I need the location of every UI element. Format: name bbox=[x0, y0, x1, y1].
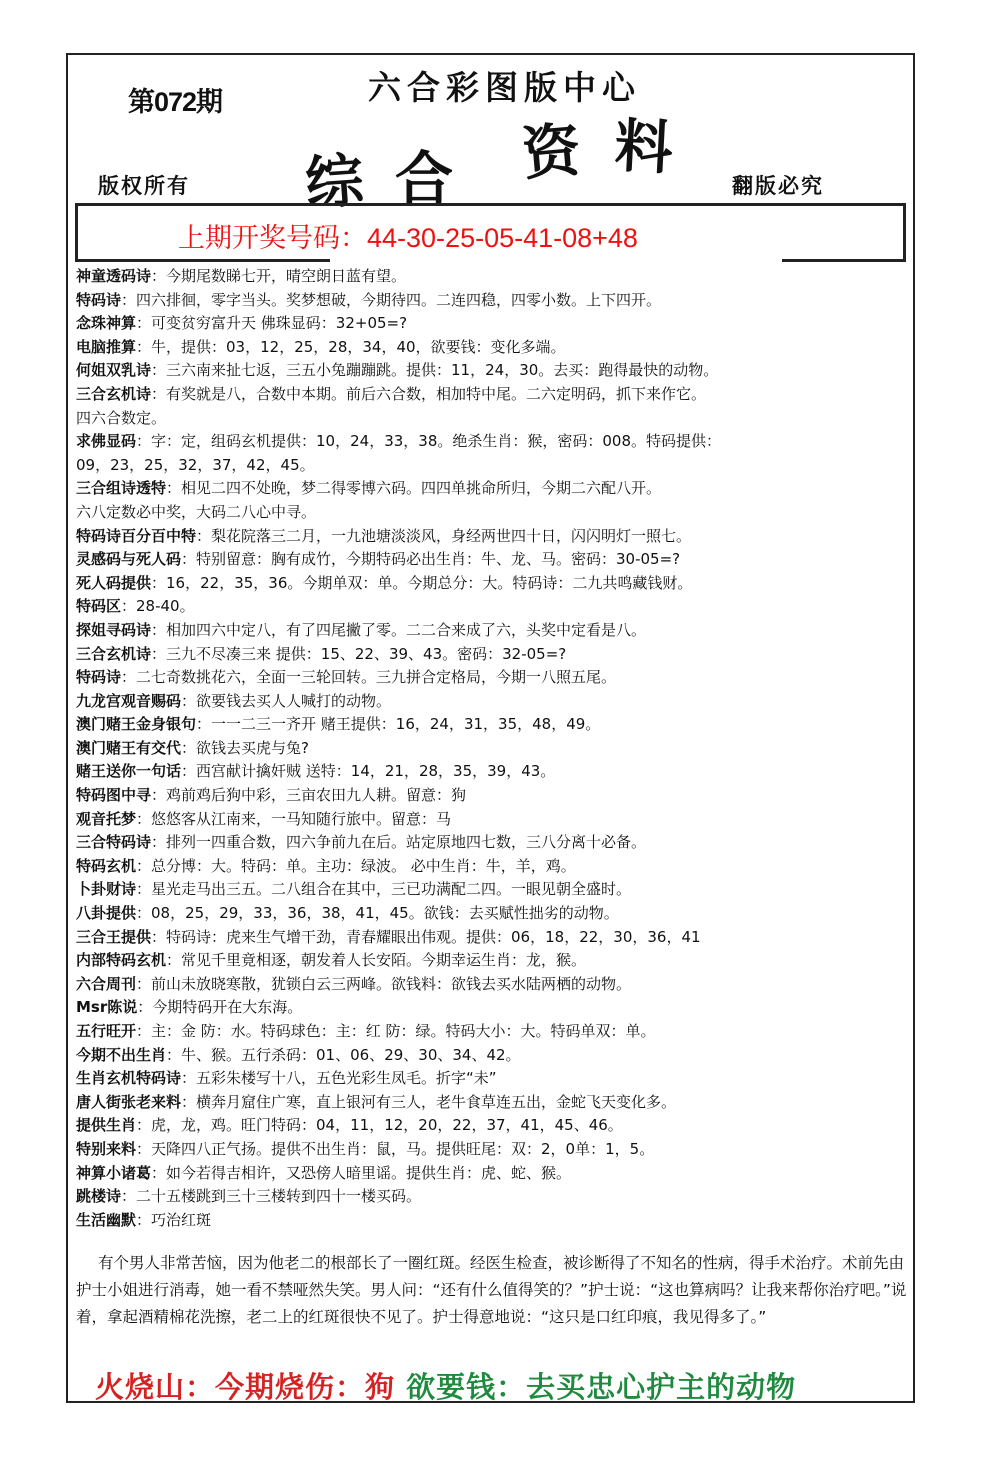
tip-line: 特码区：28-40。 bbox=[76, 595, 911, 619]
tip-text: ：牛，提供：03，12，25，28，34，40，欲要钱：变化多端。 bbox=[136, 338, 566, 356]
tip-line: 三合王提供：特码诗：虎来生气增干劲，青春耀眼出伟观。提供：06，18，22，30… bbox=[76, 926, 911, 950]
tip-label: 澳门赌王金身银句 bbox=[76, 715, 196, 733]
big-title-char-3: 资 bbox=[518, 103, 583, 192]
tip-text: ：巧治红斑 bbox=[136, 1211, 211, 1229]
tip-text: ：今期特码开在大东海。 bbox=[137, 998, 302, 1016]
tip-text: ：前山未放晓寒散，犹锁白云三两峰。欲钱料：欲钱去买水陆两栖的动物。 bbox=[136, 975, 631, 993]
tip-label: 何姐双乳诗 bbox=[76, 361, 151, 379]
tip-label: 特码玄机 bbox=[76, 857, 136, 875]
tip-label: 生肖玄机特码诗 bbox=[76, 1069, 181, 1087]
tip-line: 赌王送你一句话：西宫献计擒奸贼 送特：14，21，28，35，39，43。 bbox=[76, 760, 911, 784]
tip-label: 特别来料 bbox=[76, 1140, 136, 1158]
tip-label: 八卦提供 bbox=[76, 904, 136, 922]
tip-text: 四六合数定。 bbox=[76, 409, 166, 427]
tip-text: ：三九不尽凑三来 提供：15、22、39、43。密码：32-05=? bbox=[151, 645, 566, 663]
tip-line: 特码玄机：总分博：大。特码：单。主功：绿波。 必中生肖：牛，羊，鸡。 bbox=[76, 855, 911, 879]
last-draw-results: 上期开奖号码：44-30-25-05-41-08+48 bbox=[178, 216, 638, 255]
tip-text: ：今期尾数睇七开，晴空朗日蓝有望。 bbox=[151, 267, 406, 285]
tip-text: 09，23，25，32，37，42，45。 bbox=[76, 456, 315, 474]
issue-number: 第072期 bbox=[128, 80, 222, 119]
tip-label: 生活幽默 bbox=[76, 1211, 136, 1229]
last-draw-box-border-left bbox=[75, 259, 330, 262]
tip-line: 灵感码与死人码：特别留意：胸有成竹，今期特码必出生肖：牛、龙、马。密码：30-0… bbox=[76, 548, 911, 572]
tip-label: 赌王送你一句话 bbox=[76, 762, 181, 780]
tip-label: 求佛显码 bbox=[76, 432, 136, 450]
tip-line: 09，23，25，32，37，42，45。 bbox=[76, 454, 911, 478]
footer-green-text: 欲要钱：去买忠心护主的动物 bbox=[395, 1370, 796, 1404]
tip-line: 跳楼诗：二十五楼跳到三十三楼转到四十一楼买码。 bbox=[76, 1185, 911, 1209]
copyright-left: 版权所有 bbox=[98, 170, 190, 200]
tip-label: 六合周刊 bbox=[76, 975, 136, 993]
tip-line: 三合玄机诗：有奖就是八，合数中本期。前后六合数，相加特中尾。二六定明码，抓下来作… bbox=[76, 383, 911, 407]
tip-label: 三合特码诗 bbox=[76, 833, 151, 851]
tip-label: 卜卦财诗 bbox=[76, 880, 136, 898]
tip-line: 死人码提供：16，22，35，36。今期单双：单。今期总分：大。特码诗：二九共鸣… bbox=[76, 572, 911, 596]
tip-text: ：特别留意：胸有成竹，今期特码必出生肖：牛、龙、马。密码：30-05=? bbox=[181, 550, 680, 568]
tip-line: 九龙宫观音赐码：欲要钱去买人人喊打的动物。 bbox=[76, 690, 911, 714]
tip-label: 提供生肖 bbox=[76, 1116, 136, 1134]
tip-text: ：一一二三一齐开 赌王提供：16，24，31，35，48，49。 bbox=[196, 715, 600, 733]
tip-text: ：08，25，29，33，36，38，41，45。欲钱：去买赋性拙劣的动物。 bbox=[136, 904, 619, 922]
tip-label: 唐人街张老来料 bbox=[76, 1093, 181, 1111]
tip-line: 三合特码诗：排列一四重合数，四六争前九在后。站定原地四七数，三八分离十必备。 bbox=[76, 831, 911, 855]
tip-line: 念珠神算：可变贫穷富升天 佛珠显码：32+05=? bbox=[76, 312, 911, 336]
tip-line: 提供生肖：虎，龙，鸡。旺门特码：04，11，12，20，22，37，41，45、… bbox=[76, 1114, 911, 1138]
tip-line: 探姐寻码诗：相加四六中定八，有了四尾撇了零。二二合来成了六，头奖中定看是八。 bbox=[76, 619, 911, 643]
tip-text: ：相见二四不处晚，梦二得零博六码。四四单挑命所归，今期二六配八开。 bbox=[166, 479, 661, 497]
tip-text: ：天降四八正气扬。提供不出生肖：鼠，马。提供旺尾：双：2，0单：1，5。 bbox=[136, 1140, 654, 1158]
tip-text: ：四六排徊，零字当头。奖梦想破，今期待四。二连四稳，四零小数。上下四开。 bbox=[121, 291, 661, 309]
tip-label: Msr陈说 bbox=[76, 998, 137, 1016]
tip-text: ：有奖就是八，合数中本期。前后六合数，相加特中尾。二六定明码，抓下来作它。 bbox=[151, 385, 706, 403]
tip-label: 神童透码诗 bbox=[76, 267, 151, 285]
tip-label: 念珠神算 bbox=[76, 314, 136, 332]
publisher-title: 六合彩图版中心 bbox=[368, 62, 641, 109]
tip-line: Msr陈说：今期特码开在大东海。 bbox=[76, 996, 911, 1020]
tip-line: 五行旺开：主：金 防：水。特码球色：主：红 防：绿。特码大小：大。特码单双：单。 bbox=[76, 1020, 911, 1044]
tip-label: 跳楼诗 bbox=[76, 1187, 121, 1205]
last-draw-numbers: 44-30-25-05-41-08+48 bbox=[367, 223, 638, 253]
tip-text: ：欲钱去买虎与兔? bbox=[181, 739, 309, 757]
tip-line: 特码诗：二七奇数挑花六，全面一三轮回转。三九拼合定格局，今期一八照五尾。 bbox=[76, 666, 911, 690]
footer-red-text: 火烧山：今期烧伤：狗 bbox=[95, 1370, 395, 1404]
tip-text: 六八定数必中奖，大码二八心中寻。 bbox=[76, 503, 316, 521]
last-draw-box-border-right bbox=[782, 259, 906, 262]
tip-text: ：梨花院落三二月，一九池塘淡淡风，身经两世四十日，闪闪明灯一照七。 bbox=[196, 527, 691, 545]
tip-label: 内部特码玄机 bbox=[76, 951, 166, 969]
humor-story: 有个男人非常苦恼，因为他老二的根部长了一圈红斑。经医生检查，被诊断得了不知名的性… bbox=[76, 1250, 908, 1331]
tip-text: ：西宫献计擒奸贼 送特：14，21，28，35，39，43。 bbox=[181, 762, 555, 780]
tip-text: ：总分博：大。特码：单。主功：绿波。 必中生肖：牛，羊，鸡。 bbox=[136, 857, 576, 875]
tip-label: 五行旺开 bbox=[76, 1022, 136, 1040]
tip-text: ：二七奇数挑花六，全面一三轮回转。三九拼合定格局，今期一八照五尾。 bbox=[121, 668, 616, 686]
tip-line: 唐人街张老来料：横奔月窟住广寒，直上银河有三人，老牛食草连五出，金蛇飞天变化多。 bbox=[76, 1091, 911, 1115]
tip-label: 特码区 bbox=[76, 597, 121, 615]
tip-line: 特别来料：天降四八正气扬。提供不出生肖：鼠，马。提供旺尾：双：2，0单：1，5。 bbox=[76, 1138, 911, 1162]
tip-label: 死人码提供 bbox=[76, 574, 151, 592]
tip-label: 特码图中寻 bbox=[76, 786, 151, 804]
tip-line: 三合组诗透特：相见二四不处晚，梦二得零博六码。四四单挑命所归，今期二六配八开。 bbox=[76, 477, 911, 501]
tip-label: 三合组诗透特 bbox=[76, 479, 166, 497]
tip-label: 澳门赌王有交代 bbox=[76, 739, 181, 757]
tip-text: ：牛、猴。五行杀码：01、06、29、30、34、42。 bbox=[166, 1046, 521, 1064]
big-title-char-4: 料 bbox=[613, 99, 675, 186]
tip-label: 特码诗 bbox=[76, 668, 121, 686]
tip-text: ：可变贫穷富升天 佛珠显码：32+05=? bbox=[136, 314, 407, 332]
tip-text: ：五彩朱楼写十八，五色光彩生凤毛。折字“未” bbox=[181, 1069, 497, 1087]
tip-label: 三合玄机诗 bbox=[76, 385, 151, 403]
tip-text: ：字：定，组码玄机提供：10，24，33，38。绝杀生肖：猴，密码：008。特码… bbox=[136, 432, 721, 450]
tip-line: 四六合数定。 bbox=[76, 407, 911, 431]
tip-text: ：鸡前鸡后狗中彩，三亩农田九人耕。留意：狗 bbox=[151, 786, 466, 804]
tip-text: ：16，22，35，36。今期单双：单。今期总分：大。特码诗：二九共鸣藏钱财。 bbox=[151, 574, 692, 592]
tip-text: ：28-40。 bbox=[121, 597, 195, 615]
tip-label: 观音托梦 bbox=[76, 810, 136, 828]
tip-line: 澳门赌王有交代：欲钱去买虎与兔? bbox=[76, 737, 911, 761]
tip-line: 何姐双乳诗：三六南来扯七返，三五小兔蹦蹦跳。提供：11，24，30。去买：跑得最… bbox=[76, 359, 911, 383]
last-draw-label: 上期开奖号码： bbox=[178, 223, 367, 253]
tip-line: 八卦提供：08，25，29，33，36，38，41，45。欲钱：去买赋性拙劣的动… bbox=[76, 902, 911, 926]
tip-line: 六合周刊：前山未放晓寒散，犹锁白云三两峰。欲钱料：欲钱去买水陆两栖的动物。 bbox=[76, 973, 911, 997]
tip-text: ：主：金 防：水。特码球色：主：红 防：绿。特码大小：大。特码单双：单。 bbox=[136, 1022, 656, 1040]
tip-label: 三合王提供 bbox=[76, 928, 151, 946]
tip-line: 特码图中寻：鸡前鸡后狗中彩，三亩农田九人耕。留意：狗 bbox=[76, 784, 911, 808]
tip-line: 神算小诸葛：如今若得吉相许，又恐傍人暗里谣。提供生肖：虎、蛇、猴。 bbox=[76, 1162, 911, 1186]
tip-text: ：星光走马出三五。二八组合在其中，三已功满配二四。一眼见朝全盛时。 bbox=[136, 880, 631, 898]
tip-line: 特码诗：四六排徊，零字当头。奖梦想破，今期待四。二连四稳，四零小数。上下四开。 bbox=[76, 289, 911, 313]
tip-text: ：排列一四重合数，四六争前九在后。站定原地四七数，三八分离十必备。 bbox=[151, 833, 646, 851]
tip-text: ：横奔月窟住广寒，直上银河有三人，老牛食草连五出，金蛇飞天变化多。 bbox=[181, 1093, 676, 1111]
tip-label: 今期不出生肖 bbox=[76, 1046, 166, 1064]
tip-line: 生肖玄机特码诗：五彩朱楼写十八，五色光彩生凤毛。折字“未” bbox=[76, 1067, 911, 1091]
tip-text: ：特码诗：虎来生气增干劲，青春耀眼出伟观。提供：06，18，22，30，36，4… bbox=[151, 928, 701, 946]
tip-text: ：相加四六中定八，有了四尾撇了零。二二合来成了六，头奖中定看是八。 bbox=[151, 621, 646, 639]
tip-text: ：如今若得吉相许，又恐傍人暗里谣。提供生肖：虎、蛇、猴。 bbox=[151, 1164, 571, 1182]
tip-label: 三合玄机诗 bbox=[76, 645, 151, 663]
tip-line: 三合玄机诗：三九不尽凑三来 提供：15、22、39、43。密码：32-05=? bbox=[76, 643, 911, 667]
tip-line: 六八定数必中奖，大码二八心中寻。 bbox=[76, 501, 911, 525]
tip-text: ：二十五楼跳到三十三楼转到四十一楼买码。 bbox=[121, 1187, 421, 1205]
tip-label: 特码诗百分百中特 bbox=[76, 527, 196, 545]
tip-line: 求佛显码：字：定，组码玄机提供：10，24，33，38。绝杀生肖：猴，密码：00… bbox=[76, 430, 911, 454]
tip-label: 九龙宫观音赐码 bbox=[76, 692, 181, 710]
tip-label: 电脑推算 bbox=[76, 338, 136, 356]
tip-line: 生活幽默：巧治红斑 bbox=[76, 1209, 911, 1233]
tip-line: 观音托梦：悠悠客从江南来，一马知随行旅中。留意：马 bbox=[76, 808, 911, 832]
tip-text: ：悠悠客从江南来，一马知随行旅中。留意：马 bbox=[136, 810, 451, 828]
tip-line: 神童透码诗：今期尾数睇七开，晴空朗日蓝有望。 bbox=[76, 265, 911, 289]
tip-line: 内部特码玄机：常见千里竟相逐，朝发着人长安陌。今期幸运生肖：龙，猴。 bbox=[76, 949, 911, 973]
tip-line: 特码诗百分百中特：梨花院落三二月，一九池塘淡淡风，身经两世四十日，闪闪明灯一照七… bbox=[76, 525, 911, 549]
tip-label: 灵感码与死人码 bbox=[76, 550, 181, 568]
tip-line: 卜卦财诗：星光走马出三五。二八组合在其中，三已功满配二四。一眼见朝全盛时。 bbox=[76, 878, 911, 902]
tip-line: 电脑推算：牛，提供：03，12，25，28，34，40，欲要钱：变化多端。 bbox=[76, 336, 911, 360]
tip-line: 今期不出生肖：牛、猴。五行杀码：01、06、29、30、34、42。 bbox=[76, 1044, 911, 1068]
tip-line: 澳门赌王金身银句：一一二三一齐开 赌王提供：16，24，31，35，48，49。 bbox=[76, 713, 911, 737]
tip-label: 探姐寻码诗 bbox=[76, 621, 151, 639]
tip-text: ：虎，龙，鸡。旺门特码：04，11，12，20，22，37，41，45、46。 bbox=[136, 1116, 623, 1134]
tips-list: 神童透码诗：今期尾数睇七开，晴空朗日蓝有望。特码诗：四六排徊，零字当头。奖梦想破… bbox=[76, 265, 911, 1232]
tip-text: ：常见千里竟相逐，朝发着人长安陌。今期幸运生肖：龙，猴。 bbox=[166, 951, 586, 969]
tip-text: ：三六南来扯七返，三五小兔蹦蹦跳。提供：11，24，30。去买：跑得最快的动物。 bbox=[151, 361, 718, 379]
tip-text: ：欲要钱去买人人喊打的动物。 bbox=[181, 692, 391, 710]
footer-banner: 火烧山：今期烧伤：狗 欲要钱：去买忠心护主的动物 bbox=[95, 1365, 796, 1406]
tip-label: 神算小诸葛 bbox=[76, 1164, 151, 1182]
copyright-right: 翻版必究 bbox=[732, 170, 824, 200]
tip-label: 特码诗 bbox=[76, 291, 121, 309]
